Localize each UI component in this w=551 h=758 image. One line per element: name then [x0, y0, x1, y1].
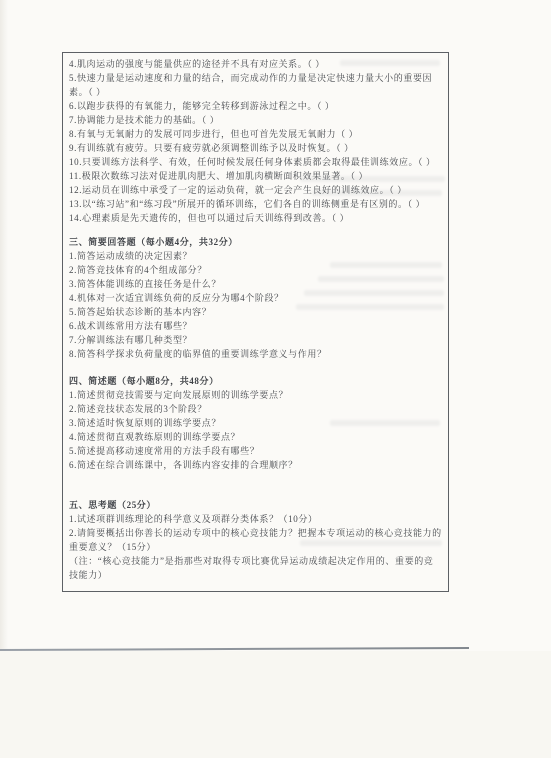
- section-title-essay: 五、思考题（25分）: [69, 498, 442, 512]
- question-item: 2.请简要概括出你善长的运动专项中的核心竞技能力？把握本专项运动的核心竞技能力的…: [69, 526, 442, 554]
- question-item: 2.简答竞技体育的4个组成部分？: [69, 263, 442, 277]
- scan-left-shading: [0, 0, 8, 650]
- question-item: 2.简述竞技状态发展的3个阶段？: [69, 402, 442, 416]
- question-item: 3.简述适时恢复原则的训练学要点？: [69, 416, 442, 430]
- scanned-exam-page: 4.肌肉运动的强度与能量供应的途径并不具有对应关系。（ ） 5.快速力量是运动速…: [0, 0, 551, 758]
- question-item: 4.简述贯彻直观教练原则的训练学要点？: [69, 430, 442, 444]
- question-item: 14.心理素质是先天遗传的，但也可以通过后天训练得到改善。（ ）: [69, 211, 442, 225]
- question-item: 8.简答科学探求负荷量度的临界值的重要训练学意义与作用？: [69, 347, 442, 361]
- question-item: 1.试述项群训练理论的科学意义及项群分类体系？（10分）: [69, 512, 442, 526]
- question-item: 3.简答体能训练的直接任务是什么？: [69, 277, 442, 291]
- question-item: 5.简述提高移动速度常用的方法手段有哪些？: [69, 444, 442, 458]
- underlying-sheet: [0, 651, 551, 758]
- question-item: 7.分解训练法有哪几种类型？: [69, 333, 442, 347]
- question-item: 6.战术训练常用方法有哪些？: [69, 319, 442, 333]
- question-item: 6.简述在综合训练课中，各训练内容安排的合理顺序？: [69, 458, 442, 472]
- question-item: 5.简答起始状态诊断的基本内容？: [69, 305, 442, 319]
- question-item: 12.运动员在训练中承受了一定的运动负荷，就一定会产生良好的训练效应。（ ）: [69, 183, 442, 197]
- question-item: 4.机体对一次适宜训练负荷的反应分为哪4个阶段？: [69, 291, 442, 305]
- question-item: 13.以“练习站”和“练习段”所展开的循环训练，它们各自的训练侧重是有区别的。（…: [69, 197, 442, 211]
- question-item: 1.简述贯彻竞技需要与定向发展原则的训练学要点？: [69, 388, 442, 402]
- question-item: 6.以跑步获得的有氧能力，能够完全转移到游泳过程之中。（ ）: [69, 99, 442, 113]
- question-item: 7.协调能力是技术能力的基础。（ ）: [69, 113, 442, 127]
- question-box: 4.肌肉运动的强度与能量供应的途径并不具有对应关系。（ ） 5.快速力量是运动速…: [62, 52, 449, 592]
- question-item: 10.只要训练方法科学、有效，任何时候发展任何身体素质都会取得最佳训练效应。（ …: [69, 155, 442, 169]
- question-item: 9.有训练就有疲劳。只要有疲劳就必须调整训练予以及时恢复。（ ）: [69, 141, 442, 155]
- section-title-brief-discussion: 四、简述题（每小题8分，共48分）: [69, 374, 442, 388]
- question-item: 8.有氧与无氧耐力的发展可同步进行，但也可首先发展无氧耐力（ ）: [69, 127, 442, 141]
- question-item: 5.快速力量是运动速度和力量的结合，而完成动作的力量是决定快速力量大小的重要因素…: [69, 71, 442, 99]
- question-item: 1.简答运动成绩的决定因素？: [69, 249, 442, 263]
- question-item: 11.极限次数练习法对促进肌肉肥大、增加肌肉横断面积效果显著。（ ）: [69, 169, 442, 183]
- section-title-short-answer: 三、简要回答题（每小题4分，共32分）: [69, 235, 442, 249]
- question-item: 4.肌肉运动的强度与能量供应的途径并不具有对应关系。（ ）: [69, 57, 442, 71]
- exam-note: （注：“核心竞技能力”是指那些对取得专项比赛优异运动成绩起决定作用的、重要的竞技…: [69, 554, 442, 582]
